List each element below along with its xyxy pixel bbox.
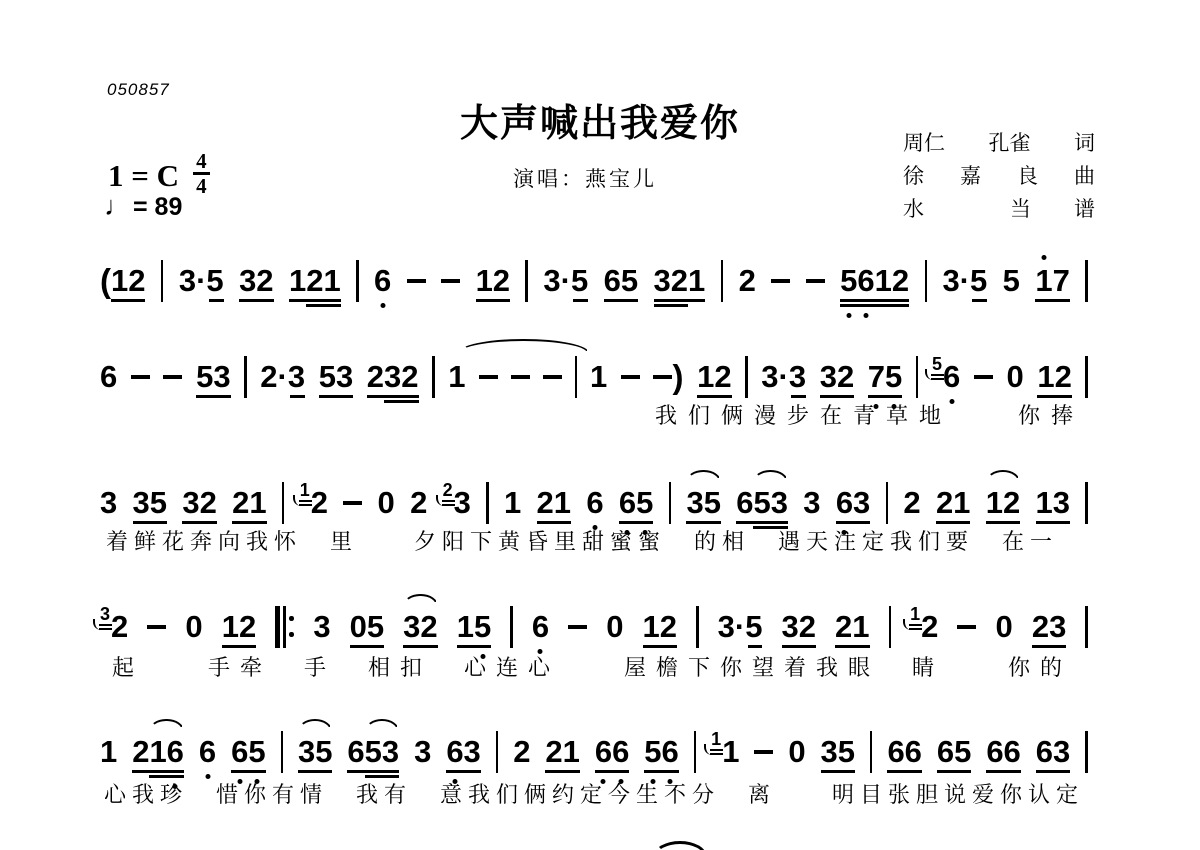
repeat-sign-part <box>289 616 294 621</box>
note: 63 <box>1036 735 1070 769</box>
grace-wrapper: 11 <box>711 735 739 769</box>
note: 35 <box>686 486 720 520</box>
underline-beam <box>384 400 418 403</box>
note: 32 <box>820 360 854 394</box>
note: 3·5 <box>179 264 224 298</box>
barline <box>916 356 919 398</box>
note: 56 <box>644 735 678 769</box>
note: 3·5 <box>718 610 763 644</box>
barline <box>925 260 928 302</box>
note: 53 <box>196 360 230 394</box>
note: 3 <box>313 610 330 644</box>
note: 2 <box>903 486 920 520</box>
barline <box>525 260 528 302</box>
underline-beam <box>936 521 970 524</box>
note: 321 <box>654 264 706 298</box>
note: 3·3 <box>761 360 806 394</box>
barline <box>889 606 892 648</box>
underline-beam <box>290 395 305 398</box>
note: 1 <box>100 735 117 769</box>
note: 121 <box>289 264 341 298</box>
credit-text: 良 <box>1017 160 1038 193</box>
notation-line-3: 3353221120223121665356533632211213 <box>100 480 1088 526</box>
note: 2·3 <box>260 360 305 394</box>
note: 63 <box>836 486 870 520</box>
duration-dash <box>147 625 166 630</box>
note: 21 <box>537 486 571 520</box>
underline-beam <box>868 395 902 398</box>
grace-wrapper: 12 <box>300 486 328 520</box>
lyrics-line-1: 我们俩漫步在青草地 你捧 <box>655 399 1084 430</box>
underline-beam <box>791 395 806 398</box>
grace-wrapper: (12 <box>100 264 145 298</box>
lyricist-composer-credits: 周仁孔雀词徐嘉良曲水当谱 <box>903 127 1095 226</box>
barline <box>281 731 284 773</box>
barline <box>1085 356 1088 398</box>
underline-beam <box>196 395 230 398</box>
repeat-sign-part <box>289 632 294 637</box>
note: 232 <box>367 360 419 394</box>
grace-hook <box>925 369 933 380</box>
credit-row: 徐嘉良曲 <box>903 160 1095 193</box>
duration-dash <box>957 625 976 630</box>
note: 12 <box>1037 360 1071 394</box>
note: 3 <box>100 486 117 520</box>
underline-beam <box>132 770 184 773</box>
barline <box>244 356 247 398</box>
barline <box>161 260 164 302</box>
octave-dot-low <box>380 303 385 308</box>
barline <box>696 606 699 648</box>
note: 65 <box>231 735 265 769</box>
note: 66 <box>986 735 1020 769</box>
underline-beam <box>446 770 480 773</box>
underline-beam <box>545 770 579 773</box>
barline <box>694 731 697 773</box>
underline-beam <box>1036 770 1070 773</box>
notation-line-1: (123·5321216123·565321256123·5517 <box>100 258 1088 304</box>
note: 6 <box>374 264 391 298</box>
note: 0 <box>1006 360 1023 394</box>
underline-beam <box>319 395 353 398</box>
note: 21 <box>545 735 579 769</box>
grace-hook <box>704 744 712 755</box>
credit-text: 水 <box>903 193 924 226</box>
note: 6 <box>586 486 603 520</box>
tonic-equals-key: 1 = C <box>108 158 179 193</box>
credit-row: 水当谱 <box>903 193 1095 226</box>
underline-beam <box>748 645 763 648</box>
underline-beam <box>654 299 706 302</box>
credit-text: 孔雀 <box>989 127 1031 160</box>
barline <box>745 356 748 398</box>
note: 12 <box>476 264 510 298</box>
duration-dash <box>343 501 362 506</box>
note: 65 <box>937 735 971 769</box>
note: 53 <box>319 360 353 394</box>
underline-beam <box>836 521 870 524</box>
underline-beam <box>182 521 216 524</box>
underline-beam <box>840 304 909 307</box>
barline <box>886 482 889 524</box>
credit-text: 词 <box>1074 127 1095 160</box>
duration-dash <box>653 375 672 380</box>
underline-beam <box>403 645 437 648</box>
underline-beam <box>643 645 677 648</box>
credit-text: 谱 <box>1074 193 1095 226</box>
barline <box>432 356 435 398</box>
duration-dash <box>543 375 562 380</box>
note: 23 <box>1032 610 1066 644</box>
duration-dash <box>407 279 426 284</box>
barline <box>1085 482 1088 524</box>
grace-note: 1 <box>300 481 310 499</box>
note: 13 <box>1036 486 1070 520</box>
underline-beam <box>476 299 510 302</box>
note: 3 <box>803 486 820 520</box>
grace-wrapper: 23 <box>443 486 471 520</box>
slur-arc <box>403 594 437 606</box>
note: 12 <box>986 486 1020 520</box>
note: 32 <box>403 610 437 644</box>
note: 3·5 <box>543 264 588 298</box>
note: 653 <box>347 735 399 769</box>
note: 216 <box>132 735 184 769</box>
parenthesis: ) <box>672 360 683 394</box>
underline-beam <box>697 395 731 398</box>
note: 15 <box>457 610 491 644</box>
note: 75 <box>868 360 902 394</box>
slur-arc <box>149 719 183 731</box>
underline-beam <box>111 299 145 302</box>
note: 6 <box>532 610 549 644</box>
slur-arc <box>365 719 399 731</box>
grace-hook <box>93 619 101 630</box>
duration-dash <box>511 375 530 380</box>
paren-wrapper: ) <box>653 360 683 394</box>
octave-dot-high <box>1041 255 1046 260</box>
underline-beam <box>239 299 273 302</box>
underline-beam <box>573 299 588 302</box>
slur-arc <box>986 470 1020 482</box>
lyrics-line-4: 心我珍 惜你有情 我有 意我们俩约定今生不分 离 明目张胆说爱你认定 <box>104 778 1084 809</box>
underline-beam <box>133 521 167 524</box>
underline-beam <box>298 770 332 773</box>
duration-dash <box>163 375 182 380</box>
notation-line-4: 32012305321560123·5322112023 <box>100 604 1088 650</box>
repeat-sign-part <box>275 606 280 648</box>
note: 12 <box>222 610 256 644</box>
note: 3 <box>454 486 471 520</box>
underline-beam <box>986 770 1020 773</box>
duration-dash <box>479 375 498 380</box>
note: 12 <box>697 360 731 394</box>
performer-credit: 演唱：燕宝儿 <box>513 163 657 193</box>
duration-dash <box>754 750 773 755</box>
grace-wrapper: 56 <box>932 360 960 394</box>
note: 32 <box>239 264 273 298</box>
time-signature-denominator: 4 <box>193 175 210 197</box>
duration-dash <box>771 279 790 284</box>
underline-beam <box>595 770 629 773</box>
underline-beam <box>686 521 720 524</box>
barline <box>721 260 724 302</box>
note: 0 <box>378 486 395 520</box>
note: 6 <box>100 360 117 394</box>
note: 65 <box>604 264 638 298</box>
underline-beam <box>736 521 788 524</box>
credit-row: 周仁孔雀词 <box>903 127 1095 160</box>
barline <box>870 731 873 773</box>
grace-note: 1 <box>910 605 920 623</box>
repeat-sign <box>275 606 294 648</box>
octave-dot-low <box>863 313 868 318</box>
note: 65 <box>619 486 653 520</box>
underline-beam <box>457 645 491 648</box>
note: 2 <box>921 610 938 644</box>
note: 3·5 <box>942 264 987 298</box>
note: 1 <box>590 360 607 394</box>
note: 6 <box>199 735 216 769</box>
barline <box>1085 731 1088 773</box>
underline-beam <box>972 299 987 302</box>
credit-text: 曲 <box>1074 160 1095 193</box>
note: 2 <box>410 486 427 520</box>
note: 2 <box>111 610 128 644</box>
barline <box>510 606 513 648</box>
note: 21 <box>936 486 970 520</box>
underline-beam <box>782 645 816 648</box>
underline-beam <box>1036 521 1070 524</box>
note: 63 <box>446 735 480 769</box>
duration-dash <box>441 279 460 284</box>
slur-arc <box>686 470 720 482</box>
grace-hook <box>293 495 301 506</box>
barline <box>496 731 499 773</box>
note: 1 <box>448 360 465 394</box>
time-signature: 44 <box>193 150 210 197</box>
underline-beam <box>835 645 869 648</box>
barline <box>1085 606 1088 648</box>
note: 0 <box>788 735 805 769</box>
sheet-music-page: 050857 大声喊出我爱你 演唱：燕宝儿 周仁孔雀词徐嘉良曲水当谱 1 = C… <box>0 0 1200 850</box>
parenthesis: ( <box>100 264 111 298</box>
underline-beam <box>350 645 384 648</box>
barline <box>356 260 359 302</box>
notation-line-2: 6532·35323211)123·3327556012 <box>100 354 1088 400</box>
underline-beam <box>209 299 224 302</box>
duration-dash <box>568 625 587 630</box>
underline-beam <box>821 770 855 773</box>
underline-beam <box>619 521 653 524</box>
grace-wrapper: 32 <box>100 610 128 644</box>
tie-group: 11 <box>448 356 607 398</box>
note: 5612 <box>840 264 909 298</box>
slur-arc <box>298 719 332 731</box>
credit-text: 徐 <box>903 160 924 193</box>
note: 17 <box>1035 264 1069 298</box>
note: 21 <box>835 610 869 644</box>
underline-beam <box>537 521 571 524</box>
credit-text: 当 <box>1010 193 1031 226</box>
notation-line-5: 12166653565336322166561103566656663 <box>100 729 1088 775</box>
lyrics-line-3: 起 手牵 手 相扣 心连心 屋檐下你望着我眼 睛 你的 <box>112 651 1072 682</box>
note: 0 <box>185 610 202 644</box>
grace-hook <box>436 495 444 506</box>
barline <box>1085 260 1088 302</box>
duration-dash <box>806 279 825 284</box>
note: 653 <box>736 486 788 520</box>
lyrics-line-2: 着鲜花奔向我怀 里 夕阳下黄昏里甜蜜蜜 的相 遇天注定我们要 在一 <box>106 525 1058 556</box>
underline-beam <box>289 299 341 302</box>
note: 2 <box>311 486 328 520</box>
note: 5 <box>1003 264 1020 298</box>
note: 05 <box>350 610 384 644</box>
grace-note: 3 <box>100 605 110 623</box>
underline-beam <box>306 304 340 307</box>
note: 1 <box>504 486 521 520</box>
grace-note: 5 <box>932 355 942 373</box>
grace-note: 2 <box>443 481 453 499</box>
underline-beam <box>820 395 854 398</box>
note: 66 <box>887 735 921 769</box>
octave-dot-low <box>846 313 851 318</box>
duration-dash <box>131 375 150 380</box>
underline-beam <box>604 299 638 302</box>
note: 3 <box>414 735 431 769</box>
duration-dash <box>974 375 993 380</box>
underline-beam <box>644 770 678 773</box>
note: 12 <box>643 610 677 644</box>
barline <box>486 482 489 524</box>
note: 32 <box>182 486 216 520</box>
note: 2 <box>513 735 530 769</box>
underline-beam <box>986 521 1020 524</box>
note: 35 <box>133 486 167 520</box>
note: 0 <box>996 610 1013 644</box>
credit-text: 周仁 <box>903 127 945 160</box>
tempo-marking: ♩= 89 <box>104 191 182 222</box>
tempo-value: = 89 <box>133 193 182 221</box>
quarter-note-icon: ♩ <box>104 191 131 221</box>
grace-wrapper: 12 <box>910 610 938 644</box>
repeat-sign-part <box>283 606 286 648</box>
time-signature-numerator: 4 <box>193 150 210 175</box>
underline-beam <box>937 770 971 773</box>
note: 12 <box>111 264 145 298</box>
barline <box>669 482 672 524</box>
partial-slur-next-line <box>653 841 707 850</box>
underline-beam <box>347 770 399 773</box>
note: 32 <box>782 610 816 644</box>
note: 35 <box>298 735 332 769</box>
underline-beam <box>1035 299 1069 302</box>
note: 35 <box>821 735 855 769</box>
underline-beam <box>840 299 909 302</box>
note: 2 <box>739 264 756 298</box>
note: 21 <box>232 486 266 520</box>
underline-beam <box>231 770 265 773</box>
underline-beam <box>1037 395 1071 398</box>
barline <box>282 482 285 524</box>
barline <box>575 356 578 398</box>
credit-text: 嘉 <box>960 160 981 193</box>
underline-beam <box>367 395 419 398</box>
underline-beam <box>222 645 256 648</box>
note: 6 <box>943 360 960 394</box>
slur-arc <box>458 339 590 353</box>
underline-beam <box>232 521 266 524</box>
grace-note: 1 <box>711 730 721 748</box>
note: 1 <box>722 735 739 769</box>
grace-hook <box>903 619 911 630</box>
duration-dash <box>621 375 640 380</box>
slur-arc <box>753 470 787 482</box>
note: 0 <box>606 610 623 644</box>
underline-beam <box>887 770 921 773</box>
underline-beam <box>1032 645 1066 648</box>
note: 66 <box>595 735 629 769</box>
underline-beam <box>654 304 688 307</box>
